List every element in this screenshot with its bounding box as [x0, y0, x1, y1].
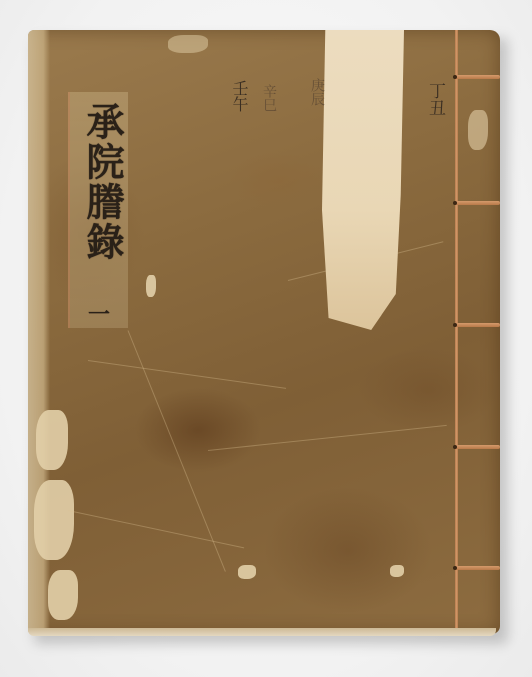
binding-hole — [453, 566, 457, 570]
annotation-3: 庚辰 — [308, 78, 326, 106]
binding-hole — [453, 323, 457, 327]
page-block-edge — [28, 628, 496, 636]
binding-stitch — [455, 323, 500, 327]
worn-patch — [48, 570, 78, 620]
crease — [208, 425, 447, 451]
binding-stitch — [455, 445, 500, 449]
worn-patch — [168, 35, 208, 53]
volume-number: 一 — [88, 298, 110, 329]
annotation-2: 辛巳 — [260, 84, 278, 112]
worn-patch — [34, 480, 74, 560]
binding-thread-vertical — [455, 30, 458, 634]
binding-stitch — [455, 566, 500, 570]
worn-patch — [36, 410, 68, 470]
annotation-1: 壬午 — [230, 80, 248, 112]
faded-strip — [322, 30, 404, 330]
crease — [128, 330, 226, 571]
book-title: 承院謄錄 — [80, 102, 124, 262]
book-cover: 承院謄錄 一 壬午 辛巳 庚辰 丁丑 — [28, 30, 500, 634]
crease — [68, 510, 244, 548]
binding-stitch — [455, 75, 500, 79]
binding-stitch — [455, 201, 500, 205]
worn-patch — [468, 110, 488, 150]
worn-patch — [238, 565, 256, 579]
annotation-4: 丁丑 — [426, 82, 444, 116]
crease — [88, 360, 286, 389]
binding-hole — [453, 201, 457, 205]
worn-patch — [390, 565, 404, 577]
binding-hole — [453, 445, 457, 449]
binding-hole — [453, 75, 457, 79]
worn-patch — [146, 275, 156, 297]
